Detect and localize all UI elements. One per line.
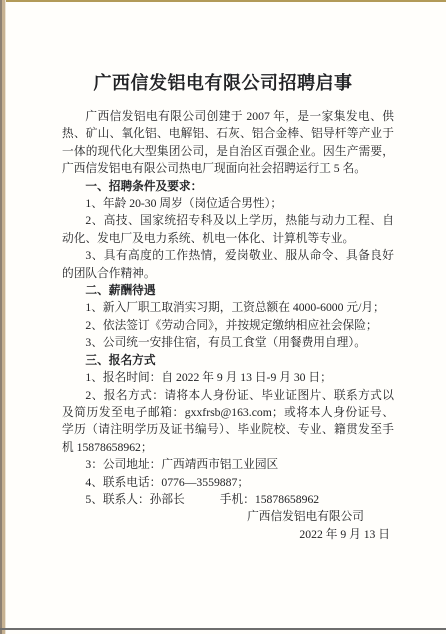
list-item: 2、依法签订《劳动合同》，并按规定缴纳相应社会保险； bbox=[62, 317, 394, 334]
intro-paragraph: 广西信发铝电有限公司创建于 2007 年，是一家集发电、供热、矿山、氧化铝、电解… bbox=[62, 108, 394, 178]
page-top-edge bbox=[0, 0, 446, 2]
list-item: 1、新入厂职工取消实习期，工资总额在 4000-6000 元/月； bbox=[62, 299, 394, 316]
signature-company: 广西信发铝电有限公司 bbox=[62, 508, 394, 525]
document-page: 广西信发铝电有限公司招聘启事 广西信发铝电有限公司创建于 2007 年，是一家集… bbox=[0, 0, 446, 634]
section-heading-requirements: 一、招聘条件及要求： bbox=[62, 178, 394, 195]
list-item: 3、公司统一安排住宿，有员工食堂（用餐费用自理）。 bbox=[62, 334, 394, 351]
list-item: 2、报名方式：请将本人身份证、毕业证图片、联系方式以及简历发至电子邮箱：gxxf… bbox=[62, 387, 394, 457]
page-title: 广西信发铝电有限公司招聘启事 bbox=[0, 0, 446, 96]
list-item: 1、年龄 20-30 周岁（岗位适合男性）； bbox=[62, 195, 394, 212]
list-item: 5、联系人：孙部长 手机：15878658962 bbox=[62, 491, 394, 508]
list-item: 3、具有高度的工作热情，爱岗敬业、服从命令、具备良好的团队合作精神。 bbox=[62, 247, 394, 282]
list-item: 2、高技、国家统招专科及以上学历，热能与动力工程、自动化、发电厂及电力系统、机电… bbox=[62, 212, 394, 247]
page-left-edge bbox=[0, 0, 6, 634]
signature-date: 2022 年 9 月 13 日 bbox=[62, 526, 394, 543]
section-heading-apply: 三、报名方式 bbox=[62, 352, 394, 369]
document-body: 广西信发铝电有限公司创建于 2007 年，是一家集发电、供热、矿山、氧化铝、电解… bbox=[62, 108, 394, 543]
list-item: 3：公司地址：广西靖西市铝工业园区 bbox=[62, 456, 394, 473]
section-heading-salary: 二、薪酬待遇 bbox=[62, 282, 394, 299]
list-item: 4、联系电话：0776—3559887； bbox=[62, 474, 394, 491]
list-item: 1、报名时间：自 2022 年 9 月 13 日-9 月 30 日； bbox=[62, 369, 394, 386]
page-bottom-rule bbox=[0, 628, 446, 630]
